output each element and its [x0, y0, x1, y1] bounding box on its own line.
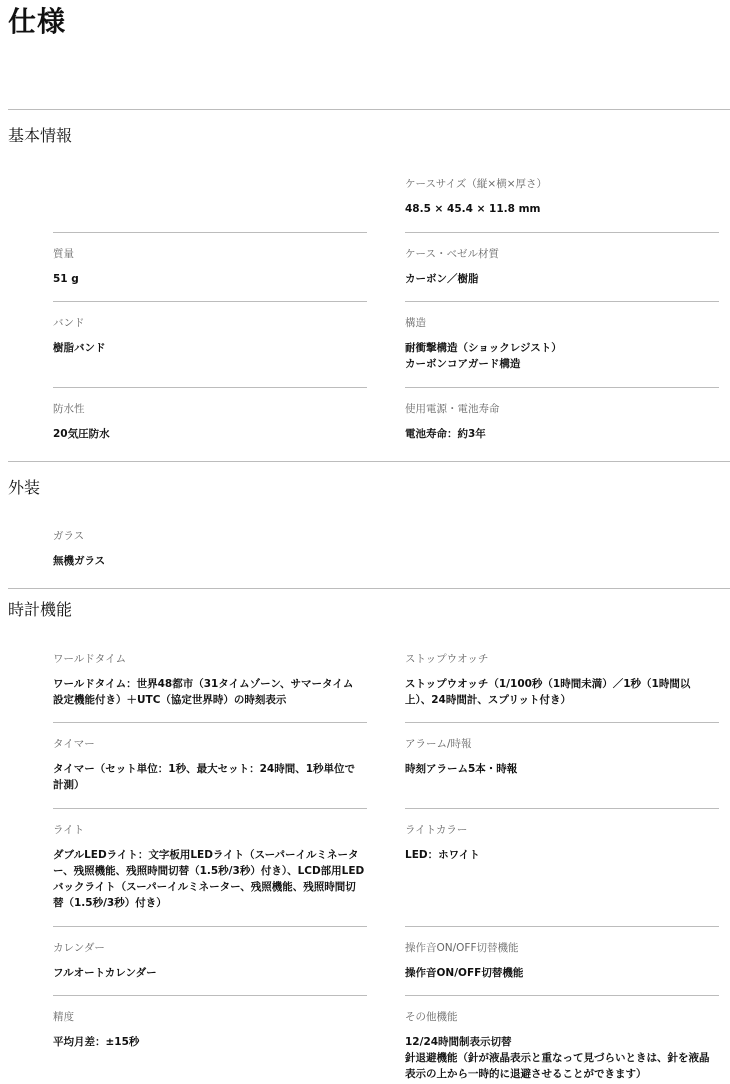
spec-label: タイマー [53, 737, 367, 751]
spec-label: カレンダー [53, 941, 367, 955]
spec-label: 質量 [53, 247, 367, 261]
spec-light: ライト ダブルLEDライト：文字板用LEDライト（スーパーイルミネータ ー、残照… [53, 823, 367, 911]
spec-divider [405, 232, 719, 233]
spec-weight: 質量 51 g [53, 247, 367, 287]
spec-case-material: ケース・ベゼル材質 カーボン／樹脂 [405, 247, 719, 287]
section-title-basic: 基本情報 [8, 125, 72, 147]
spec-value: 樹脂バンド [53, 340, 367, 356]
spec-value: 時刻アラーム5本・時報 [405, 761, 719, 777]
spec-value: フルオートカレンダー [53, 965, 367, 981]
spec-label: ワールドタイム [53, 652, 367, 666]
spec-value: 耐衝撃構造（ショックレジスト） カーボンコアガード構造 [405, 340, 719, 372]
spec-calendar: カレンダー フルオートカレンダー [53, 941, 367, 981]
spec-value: 平均月差：±15秒 [53, 1034, 367, 1050]
spec-value: 20気圧防水 [53, 426, 367, 442]
spec-label: ケース・ベゼル材質 [405, 247, 719, 261]
spec-divider [405, 387, 719, 388]
spec-case-size: ケースサイズ（縦×横×厚さ） 48.5 × 45.4 × 11.8 mm [405, 177, 719, 217]
page-title: 仕様 [8, 4, 66, 40]
spec-label: 使用電源・電池寿命 [405, 402, 719, 416]
spec-alarm: アラーム/時報 時刻アラーム5本・時報 [405, 737, 719, 777]
spec-value: 電池寿命：約3年 [405, 426, 719, 442]
spec-value: タイマー（セット単位：1秒、最大セット：24時間、1秒単位で 計測） [53, 761, 367, 793]
spec-structure: 構造 耐衝撃構造（ショックレジスト） カーボンコアガード構造 [405, 316, 719, 372]
spec-divider [53, 722, 367, 723]
spec-label: 構造 [405, 316, 719, 330]
spec-divider [53, 232, 367, 233]
section-divider [8, 588, 730, 589]
spec-label: バンド [53, 316, 367, 330]
spec-value: LED：ホワイト [405, 847, 719, 863]
spec-divider [405, 926, 719, 927]
spec-divider [405, 995, 719, 996]
spec-divider [405, 301, 719, 302]
spec-divider [53, 301, 367, 302]
spec-label: 精度 [53, 1010, 367, 1024]
spec-light-color: ライトカラー LED：ホワイト [405, 823, 719, 863]
spec-divider [53, 808, 367, 809]
spec-power-battery: 使用電源・電池寿命 電池寿命：約3年 [405, 402, 719, 442]
spec-timer: タイマー タイマー（セット単位：1秒、最大セット：24時間、1秒単位で 計測） [53, 737, 367, 793]
section-title-exterior: 外装 [8, 477, 40, 499]
spec-label: ケースサイズ（縦×横×厚さ） [405, 177, 719, 191]
spec-value: 48.5 × 45.4 × 11.8 mm [405, 201, 719, 217]
spec-value: ストップウオッチ（1/100秒（1時間未満）／1秒（1時間以 上）、24時間計、… [405, 676, 719, 708]
spec-value: ワールドタイム：世界48都市（31タイムゾーン、サマータイム 設定機能付き）＋U… [53, 676, 367, 708]
spec-label: その他機能 [405, 1010, 719, 1024]
spec-value: カーボン／樹脂 [405, 271, 719, 287]
spec-water-resistance: 防水性 20気圧防水 [53, 402, 367, 442]
spec-operation-sound: 操作音ON/OFF切替機能 操作音ON/OFF切替機能 [405, 941, 719, 981]
spec-label: アラーム/時報 [405, 737, 719, 751]
spec-value: ダブルLEDライト：文字板用LEDライト（スーパーイルミネータ ー、残照機能、残… [53, 847, 367, 911]
spec-band: バンド 樹脂バンド [53, 316, 367, 356]
spec-label: ガラス [53, 529, 367, 543]
spec-value: 51 g [53, 271, 367, 287]
spec-label: 操作音ON/OFF切替機能 [405, 941, 719, 955]
spec-value: 無機ガラス [53, 553, 367, 569]
spec-accuracy: 精度 平均月差：±15秒 [53, 1010, 367, 1050]
spec-value: 12/24時間制表示切替 針退避機能（針が液晶表示と重なって見づらいときは、針を… [405, 1034, 719, 1082]
section-divider [8, 461, 730, 462]
spec-value: 操作音ON/OFF切替機能 [405, 965, 719, 981]
section-title-watch-functions: 時計機能 [8, 599, 72, 621]
spec-divider [405, 808, 719, 809]
section-divider [8, 109, 730, 110]
spec-label: ストップウオッチ [405, 652, 719, 666]
spec-label: ライトカラー [405, 823, 719, 837]
spec-glass: ガラス 無機ガラス [53, 529, 367, 569]
spec-divider [53, 387, 367, 388]
spec-label: ライト [53, 823, 367, 837]
spec-label: 防水性 [53, 402, 367, 416]
spec-divider [53, 926, 367, 927]
spec-stopwatch: ストップウオッチ ストップウオッチ（1/100秒（1時間未満）／1秒（1時間以 … [405, 652, 719, 708]
spec-other-functions: その他機能 12/24時間制表示切替 針退避機能（針が液晶表示と重なって見づらい… [405, 1010, 719, 1082]
spec-divider [53, 995, 367, 996]
spec-world-time: ワールドタイム ワールドタイム：世界48都市（31タイムゾーン、サマータイム 設… [53, 652, 367, 708]
spec-divider [405, 722, 719, 723]
